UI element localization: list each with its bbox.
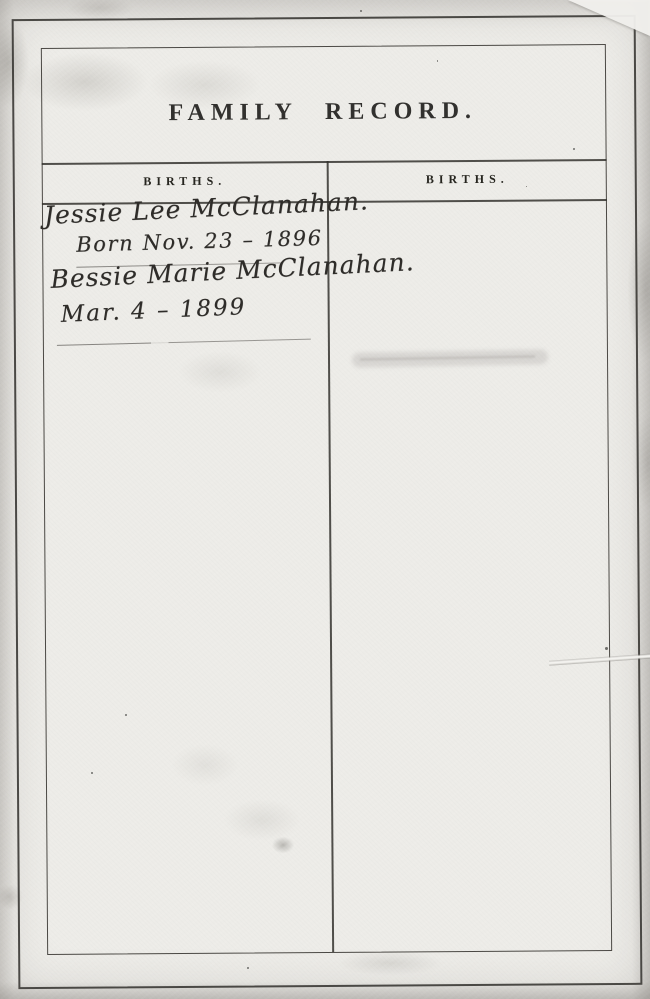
clipped-corner-top-right xyxy=(568,0,650,36)
scanned-paper-page: FAMILY RECORD. BIRTHS. BIRTHS. Jessie Le… xyxy=(0,0,650,999)
ink-speck xyxy=(573,148,575,150)
ink-speck xyxy=(91,772,93,774)
page-tilt-wrapper: FAMILY RECORD. BIRTHS. BIRTHS. Jessie Le… xyxy=(0,0,650,999)
ink-speck xyxy=(437,60,438,62)
ink-speck xyxy=(526,186,527,187)
ink-speck xyxy=(605,647,608,650)
right-column-header: BIRTHS. xyxy=(330,171,605,188)
ink-speck xyxy=(360,10,362,12)
ink-speck xyxy=(125,714,127,716)
left-column-header: BIRTHS. xyxy=(44,173,326,190)
page-title: FAMILY RECORD. xyxy=(41,97,604,128)
ink-speck xyxy=(247,967,249,969)
